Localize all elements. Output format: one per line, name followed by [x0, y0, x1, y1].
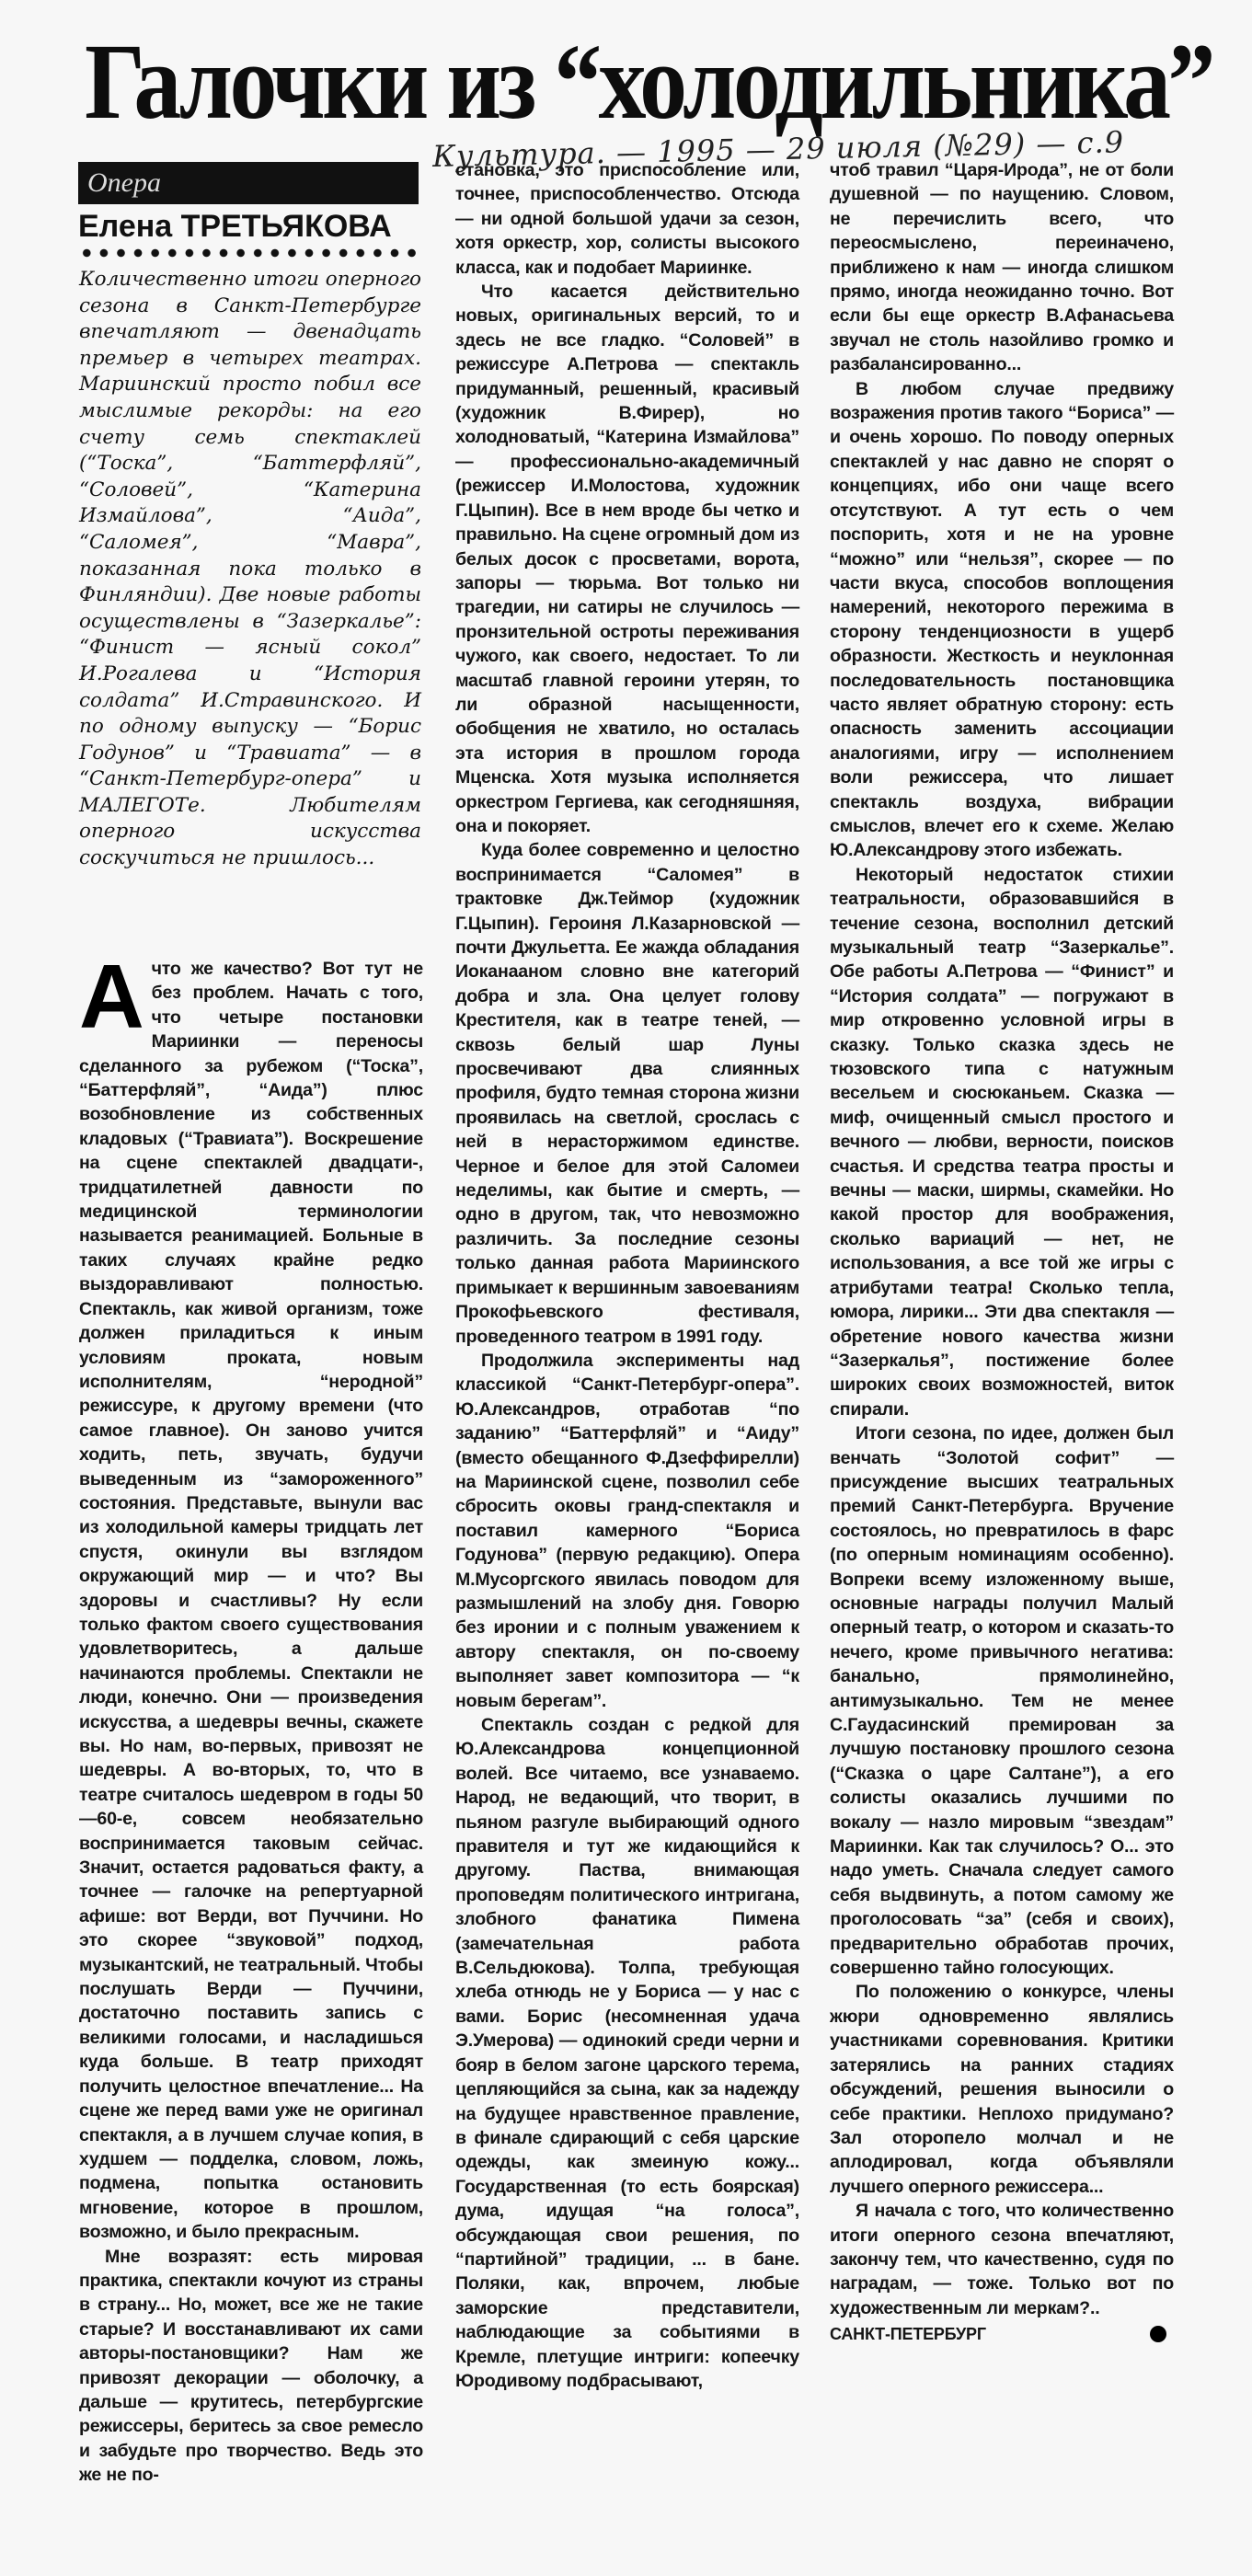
article-paragraph: Я начала с того, что количественно итоги… — [830, 2199, 1174, 2320]
section-rubric: Опера — [78, 162, 419, 204]
article-paragraph: Некоторый недостаток стихии театральност… — [830, 863, 1174, 1421]
drop-cap: А — [79, 960, 144, 1032]
article-paragraph: Спектакль создан с редкой для Ю.Александ… — [455, 1713, 799, 2393]
article-paragraph: По положению о конкурсе, члены жюри одно… — [830, 1980, 1174, 2199]
article-paragraph: Что касается действительно новых, оригин… — [455, 280, 799, 838]
dateline-city: САНКТ-ПЕТЕРБУРГ — [830, 2322, 986, 2346]
article-lead: Количественно итоги оперного сезона в Са… — [79, 267, 421, 872]
article-paragraph: В любом случае предвижу возражения проти… — [830, 377, 1174, 863]
article-paragraph: Продолжила эксперименты над классикой “С… — [455, 1349, 799, 1713]
article-column-2: становка, это приспособление или, точнее… — [455, 158, 799, 2393]
article-paragraph: Ачто же качество? Вот тут не без проблем… — [79, 957, 423, 2245]
article-paragraph: Итоги сезона, по идее, должен был венчат… — [830, 1421, 1174, 1980]
article-paragraph: Мне возразят: есть мировая практика, спе… — [79, 2245, 423, 2488]
article-paragraph: становка, это приспособление или, точнее… — [455, 158, 799, 280]
author-byline: Елена ТРЕТЬЯКОВА — [78, 206, 428, 247]
dotted-divider — [78, 247, 420, 259]
article-column-1: Ачто же качество? Вот тут не без проблем… — [79, 957, 423, 2488]
article-headline: Галочки из “холодильника” — [85, 28, 1040, 136]
article-paragraph: чтоб травил “Царя-Ирода”, не от боли душ… — [830, 158, 1174, 377]
dateline: САНКТ-ПЕТЕРБУРГ — [830, 2322, 1174, 2346]
end-of-article-dot-icon — [1150, 2326, 1166, 2342]
article-column-3: чтоб травил “Царя-Ирода”, не от боли душ… — [830, 158, 1174, 2347]
article-paragraph: Куда более современно и целостно восприн… — [455, 838, 799, 1349]
